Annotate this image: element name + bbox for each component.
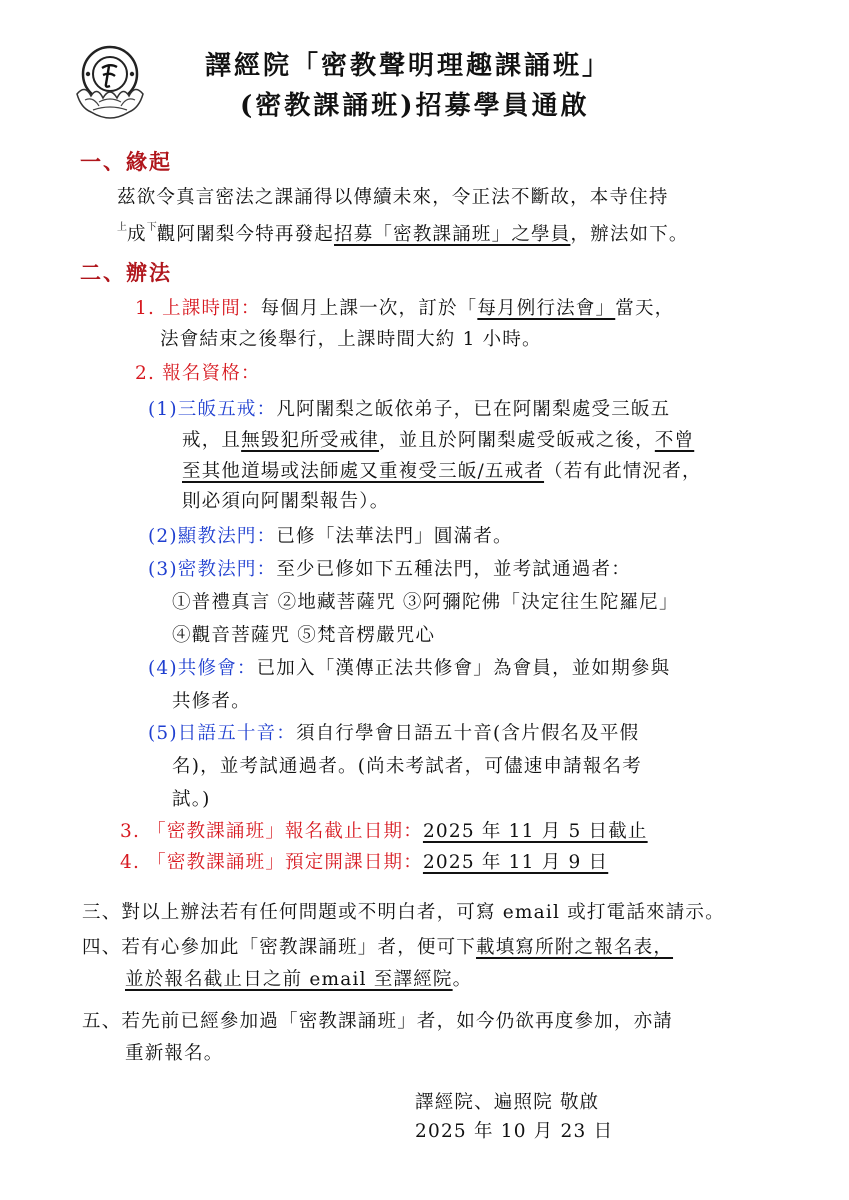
section2-heading: 二、辦法 [80,259,172,287]
text: ，並且於阿闍梨處受皈戒之後， [379,430,655,451]
underlined-text: 並於報名截止日之前 email 至譯經院 [125,969,453,990]
section1-heading: 一、緣起 [80,148,172,176]
sub4-label: (4)共修會： [148,658,257,679]
sub3: (3)密教法門：至少已修如下五種法門，並考試通過者： [148,558,631,582]
section1-para-line1: 茲欲令真言密法之課誦得以傳續未來，令正法不斷故，本寺住持 [117,186,669,210]
sub2-label: (2)顯教法門： [148,526,276,547]
item1-class-time: 1. 上課時間：每個月上課一次，訂於「每月例行法會」當天， [135,297,674,321]
sub5-cont2: 試。) [172,788,211,812]
text: 每個月上課一次，訂於「 [261,298,478,319]
underlined-text: 載填寫所附之報名表， [476,937,673,958]
underlined-text: 每月例行法會」 [477,298,615,319]
sub3-label: (3)密教法門： [148,559,276,580]
sub1: (1)三皈五戒：凡阿闍梨之皈依弟子，已在阿闍梨處受三皈五 [148,398,670,422]
signature-date: 2025 年 10 月 23 日 [415,1120,613,1144]
item1-cont: 法會結束之後舉行，上課時間大約 1 小時。 [160,328,542,352]
item3-deadline: 3. 「密教課誦班」報名截止日期：2025 年 11 月 5 日截止 [120,820,648,844]
underlined-text: 招募「密教課誦班」之學員 [334,224,570,245]
section5: 五、若先前已經參加過「密教課誦班」者，如今仍欲再度參加，亦請 [82,1010,673,1034]
section3: 三、對以上辦法若有任何問題或不明白者，可寫 email 或打電話來請示。 [82,901,725,925]
start-date: 2025 年 11 月 9 日 [423,852,608,873]
underlined-text: 不曾 [655,430,694,451]
deadline-date: 2025 年 11 月 5 日截止 [423,821,648,842]
sub3-list-line2: ④觀音菩薩咒 ⑤梵音楞嚴咒心 [172,624,435,648]
signature-org: 譯經院、遍照院 敬啟 [415,1091,599,1115]
section1-para-line2: 上成下觀阿闍梨今特再發起招募「密教課誦班」之學員，辦法如下。 [117,216,689,247]
sub5-label: (5)日語五十音： [148,723,296,744]
item4-label: 4. 「密教課誦班」預定開課日期： [120,852,423,873]
text: 四、若有心參加此「密教課誦班」者，便可下 [82,937,476,958]
underlined-text: 至其他道場或法師處又重複受三皈/五戒者 [182,461,544,482]
text: 觀阿闍梨今特再發起 [157,224,334,245]
sub1-line4: 則必須向阿闍梨報告）。 [182,490,389,514]
section4-cont: 並於報名截止日之前 email 至譯經院。 [125,968,472,992]
vairocana-logo-icon [73,42,147,120]
sub1-line3: 至其他道場或法師處又重複受三皈/五戒者（若有此情況者， [182,460,702,484]
section5-cont: 重新報名。 [125,1042,224,1066]
item2-label: 2. 報名資格： [135,362,261,386]
sub5-cont1: 名)，並考試通過者。(尚未考試者，可儘速申請報名考 [172,755,642,779]
text: ，辦法如下。 [570,224,688,245]
section4: 四、若有心參加此「密教課誦班」者，便可下載填寫所附之報名表， [82,936,673,960]
sub1-line2: 戒，且無毀犯所受戒律，並且於阿闍梨處受皈戒之後，不曾 [182,429,694,453]
text: （若有此情況者， [544,461,702,482]
sub4-cont: 共修者。 [172,690,251,714]
page-title-line2: (密教課誦班)招募學員通啟 [240,90,590,122]
sub3-list-line1: ①普禮真言 ②地藏菩薩咒 ③阿彌陀佛「決定往生陀羅尼」 [172,591,679,615]
item4-start-date: 4. 「密教課誦班」預定開課日期：2025 年 11 月 9 日 [120,851,608,875]
text: 凡阿闍梨之皈依弟子，已在阿闍梨處受三皈五 [276,399,670,420]
text: 當天， [615,298,674,319]
text: 。 [453,969,473,990]
underlined-text: 無毀犯所受戒律 [241,430,379,451]
sub2: (2)顯教法門：已修「法華法門」圓滿者。 [148,525,513,549]
sub5: (5)日語五十音：須自行學會日語五十音(含片假名及平假 [148,722,639,746]
item1-label: 1. 上課時間： [135,298,261,319]
superscript-lower: 下 [147,222,157,233]
item3-label: 3. 「密教課誦班」報名截止日期： [120,821,423,842]
sub4: (4)共修會：已加入「漢傳正法共修會」為會員，並如期參與 [148,657,670,681]
sub1-label: (1)三皈五戒： [148,399,276,420]
text: 至少已修如下五種法門，並考試通過者： [276,559,631,580]
superscript-upper: 上 [117,222,127,233]
text: 戒，且 [182,430,241,451]
char-cheng: 成 [127,224,147,245]
text: 須自行學會日語五十音(含片假名及平假 [296,723,639,744]
page-title-line1: 譯經院「密教聲明理趣課誦班」 [205,50,611,82]
text: 已加入「漢傳正法共修會」為會員，並如期參與 [257,658,671,679]
text: 已修「法華法門」圓滿者。 [276,526,512,547]
